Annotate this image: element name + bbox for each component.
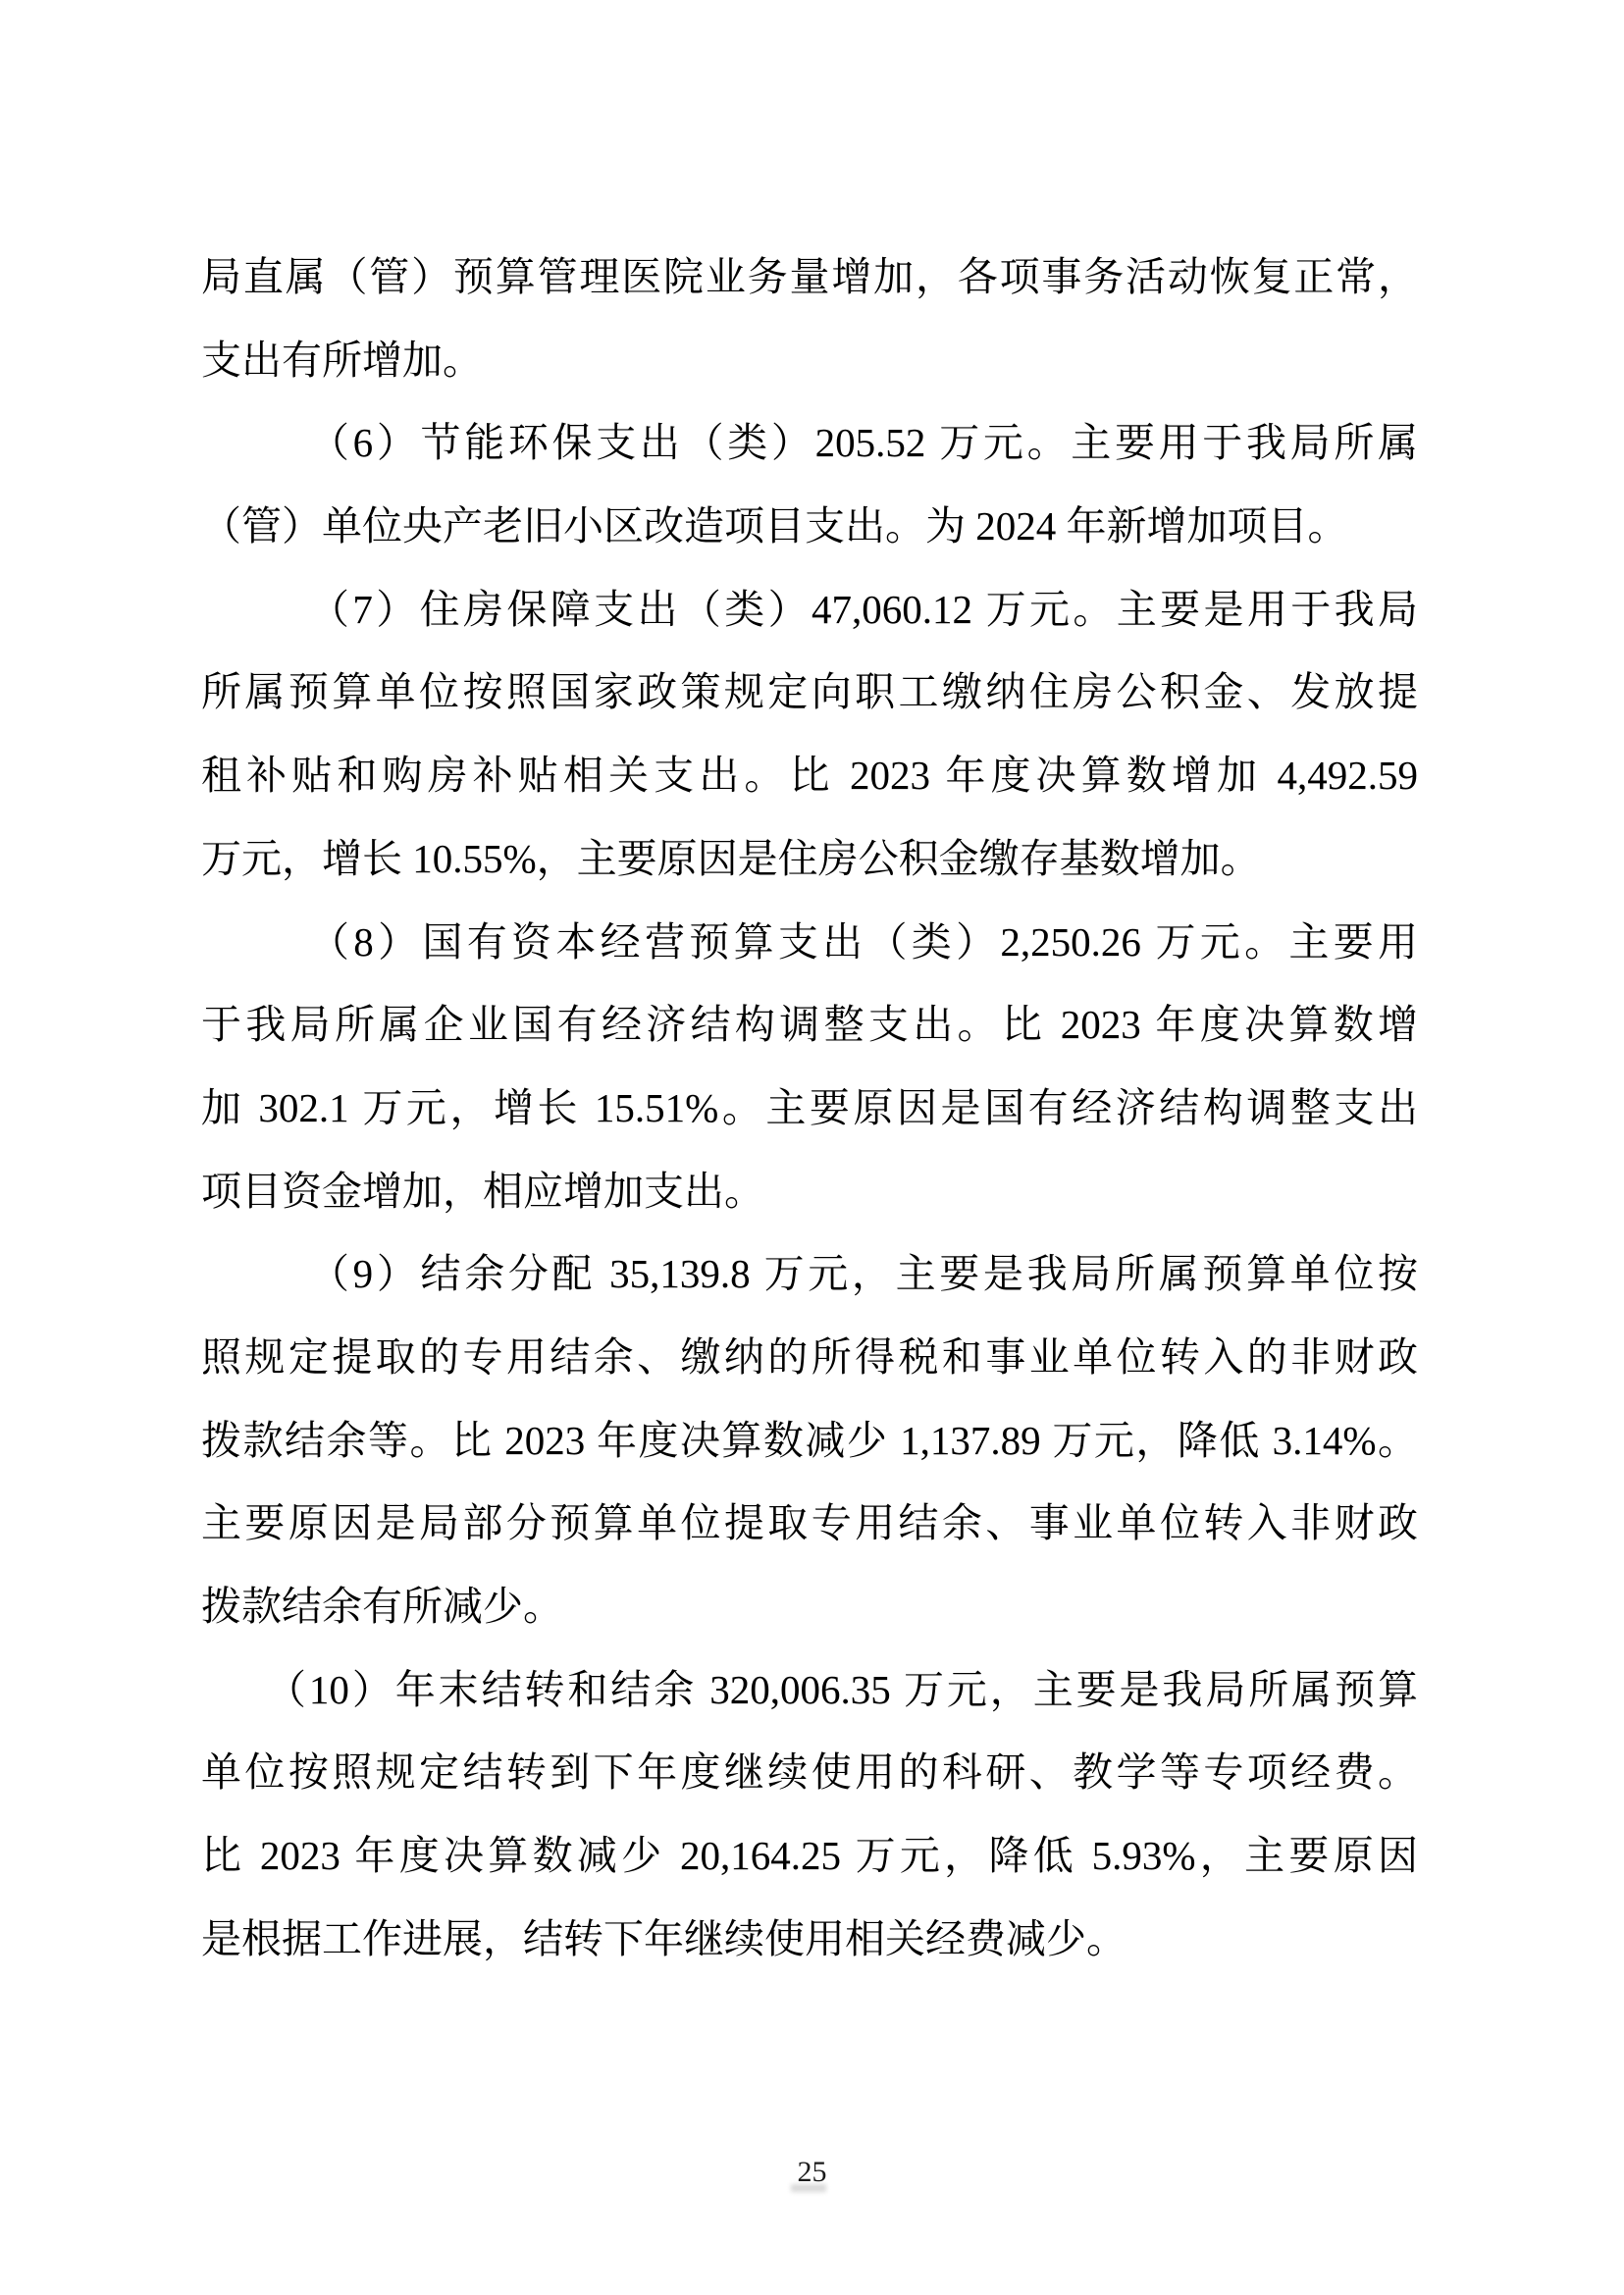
- paragraph: （6）节能环保支出（类）205.52 万元。主要用于我局所属（管）单位央产老旧小…: [201, 401, 1418, 567]
- text-line: 所属预算单位按照国家政策规定向职工缴纳住房公积金、发放提: [201, 651, 1418, 734]
- paragraph: （10）年末结转和结余 320,006.35 万元，主要是我局所属预算单位按照规…: [201, 1648, 1418, 1981]
- text-line: 于我局所属企业国有经济结构调整支出。比 2023 年度决算数增: [201, 983, 1418, 1067]
- text-line: 项目资金增加，相应增加支出。: [201, 1150, 1418, 1233]
- text-line: 照规定提取的专用结余、缴纳的所得税和事业单位转入的非财政: [201, 1316, 1418, 1399]
- text-line: （9）结余分配 35,139.8 万元，主要是我局所属预算单位按: [201, 1232, 1418, 1316]
- text-line: 局直属（管）预算管理医院业务量增加，各项事务活动恢复正常，: [201, 235, 1418, 319]
- text-line: 拨款结余有所减少。: [201, 1565, 1418, 1648]
- text-line: （10）年末结转和结余 320,006.35 万元，主要是我局所属预算: [201, 1648, 1418, 1732]
- paragraph: （9）结余分配 35,139.8 万元，主要是我局所属预算单位按照规定提取的专用…: [201, 1232, 1418, 1647]
- text-line: 单位按照规定结转到下年度继续使用的科研、教学等专项经费。: [201, 1731, 1418, 1814]
- paragraph: 局直属（管）预算管理医院业务量增加，各项事务活动恢复正常，支出有所增加。: [201, 235, 1418, 401]
- page-number: 25: [0, 2155, 1624, 2190]
- document-page: 局直属（管）预算管理医院业务量增加，各项事务活动恢复正常，支出有所增加。（6）节…: [0, 0, 1624, 2295]
- text-line: （8）国有资本经营预算支出（类）2,250.26 万元。主要用: [201, 901, 1418, 984]
- text-line: 比 2023 年度决算数减少 20,164.25 万元，降低 5.93%，主要原…: [201, 1814, 1418, 1898]
- text-line: （6）节能环保支出（类）205.52 万元。主要用于我局所属: [201, 401, 1418, 485]
- text-line: （管）单位央产老旧小区改造项目支出。为 2024 年新增加项目。: [201, 485, 1418, 568]
- paragraph: （7）住房保障支出（类）47,060.12 万元。主要是用于我局所属预算单位按照…: [201, 568, 1418, 901]
- paragraph: （8）国有资本经营预算支出（类）2,250.26 万元。主要用于我局所属企业国有…: [201, 901, 1418, 1233]
- text-line: 拨款结余等。比 2023 年度决算数减少 1,137.89 万元，降低 3.14…: [201, 1399, 1418, 1483]
- text-line: 支出有所增加。: [201, 319, 1418, 402]
- text-line: 加 302.1 万元，增长 15.51%。主要原因是国有经济结构调整支出: [201, 1067, 1418, 1150]
- text-line: 是根据工作进展，结转下年继续使用相关经费减少。: [201, 1898, 1418, 1981]
- body-text: 局直属（管）预算管理医院业务量增加，各项事务活动恢复正常，支出有所增加。（6）节…: [201, 235, 1418, 1980]
- text-line: （7）住房保障支出（类）47,060.12 万元。主要是用于我局: [201, 568, 1418, 652]
- text-line: 主要原因是局部分预算单位提取专用结余、事业单位转入非财政: [201, 1482, 1418, 1565]
- text-line: 租补贴和购房补贴相关支出。比 2023 年度决算数增加 4,492.59: [201, 734, 1418, 817]
- text-line: 万元，增长 10.55%，主要原因是住房公积金缴存基数增加。: [201, 817, 1418, 901]
